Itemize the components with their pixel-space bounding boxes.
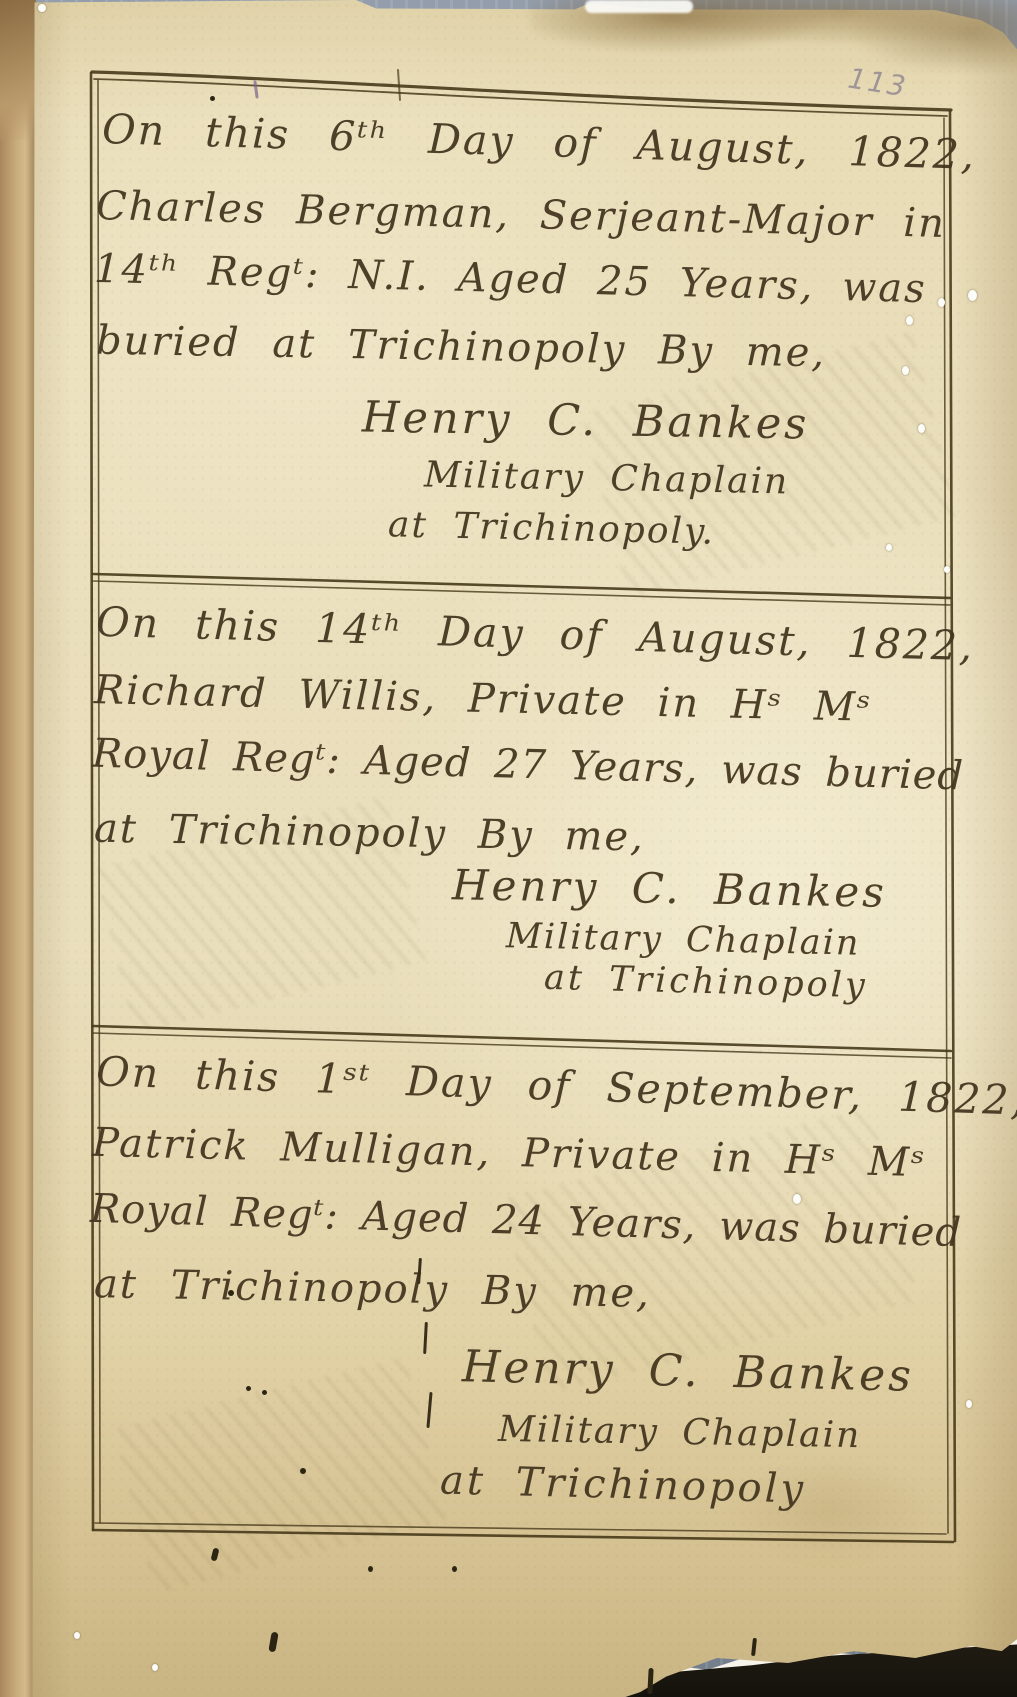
worm-hole [886,544,892,551]
signature-title: Military Chaplain [506,916,861,963]
ink-spot [300,1468,306,1474]
entry-line: at Trichinopoly By me, [94,806,646,861]
ink-spot [452,1566,457,1572]
signature-name: Henry C. Bankes [362,392,810,449]
worm-hole [906,316,913,325]
signature-place: at Trichinopoly. [388,504,716,552]
entry-line: at Trichinopoly By me, [94,1261,652,1317]
ink-spot [210,96,215,101]
ink-spot [368,1566,373,1572]
signature-title: Military Chaplain [424,454,790,502]
worm-hole [966,1400,972,1408]
signature-name: Henry C. Bankes [452,860,888,917]
worm-hole [968,290,977,301]
signature-place: at Trichinopoly [544,958,869,1006]
signature-name: Henry C. Bankes [462,1341,915,1401]
worm-hole [793,1194,801,1204]
signature-place: at Trichinopoly [439,1458,806,1513]
ink-spot [246,1386,251,1391]
worm-hole [152,1664,158,1671]
worm-hole [38,4,46,12]
ink-spot [262,1390,267,1395]
worm-hole [938,298,945,307]
worm-hole [74,1632,80,1639]
worm-hole [944,566,950,573]
register-page-photo: 113 On this 6ᵗʰ Day of August, 1822, Cha… [0,0,1017,1697]
worm-hole [902,366,909,375]
signature-title: Military Chaplain [498,1409,862,1456]
worm-hole [918,424,925,433]
ink-spot [228,1290,234,1296]
